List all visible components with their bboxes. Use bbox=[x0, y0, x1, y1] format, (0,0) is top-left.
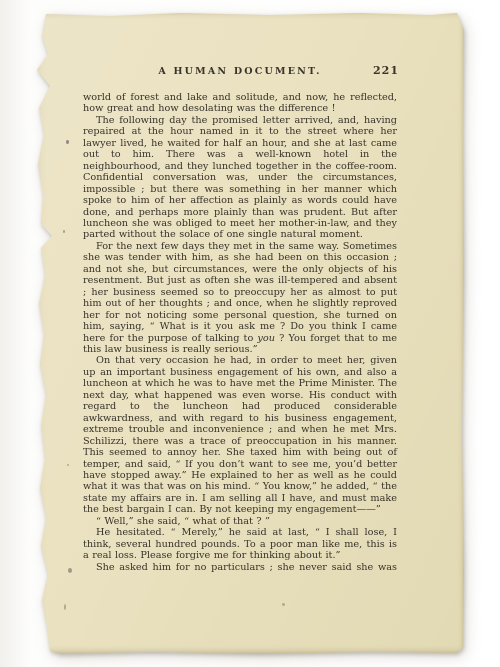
running-head-title: A HUMAN DOCUMENT. bbox=[83, 66, 397, 77]
paragraph-4: On that very occasion he had, in order t… bbox=[83, 355, 397, 515]
text-segment: On that very occasion he had, in order t… bbox=[83, 355, 397, 515]
page-shadow: A HUMAN DOCUMENT. 221 world of forest an… bbox=[30, 12, 464, 654]
paragraph-3: For the next few days they met in the sa… bbox=[83, 241, 397, 356]
paper-speck bbox=[68, 568, 72, 573]
text-segment: you bbox=[257, 333, 275, 344]
text-segment: world of forest and lake and solitude, a… bbox=[83, 92, 397, 114]
text-segment: The following day the promised letter ar… bbox=[83, 115, 397, 241]
page-number: 221 bbox=[373, 64, 399, 77]
scanned-book-page-photo: A HUMAN DOCUMENT. 221 world of forest an… bbox=[0, 0, 500, 667]
page-text: world of forest and lake and solitude, a… bbox=[83, 92, 397, 573]
paragraph-6: He hesitated. “ Merely,” he said at last… bbox=[83, 527, 397, 561]
running-head: A HUMAN DOCUMENT. 221 bbox=[83, 66, 397, 79]
text-segment: For the next few days they met in the sa… bbox=[83, 241, 397, 344]
paper-speck bbox=[63, 230, 65, 233]
book-page: A HUMAN DOCUMENT. 221 world of forest an… bbox=[30, 12, 464, 654]
text-segment: She asked him for no particulars ; she n… bbox=[96, 562, 397, 573]
paper-speck bbox=[282, 603, 285, 606]
page-content-area: A HUMAN DOCUMENT. 221 world of forest an… bbox=[83, 66, 397, 573]
paper-speck bbox=[67, 464, 69, 466]
paper-speck bbox=[64, 604, 66, 610]
text-segment: He hesitated. “ Merely,” he said at last… bbox=[83, 527, 397, 561]
paragraph-7: She asked him for no particulars ; she n… bbox=[83, 562, 397, 573]
paragraph-2: The following day the promised letter ar… bbox=[83, 115, 397, 241]
paper-speck bbox=[66, 140, 69, 144]
paragraph-5: “ Well,” she said, “ what of that ? ” bbox=[83, 516, 397, 527]
text-segment: “ Well,” she said, “ what of that ? ” bbox=[96, 516, 270, 527]
paragraph-1: world of forest and lake and solitude, a… bbox=[83, 92, 397, 115]
